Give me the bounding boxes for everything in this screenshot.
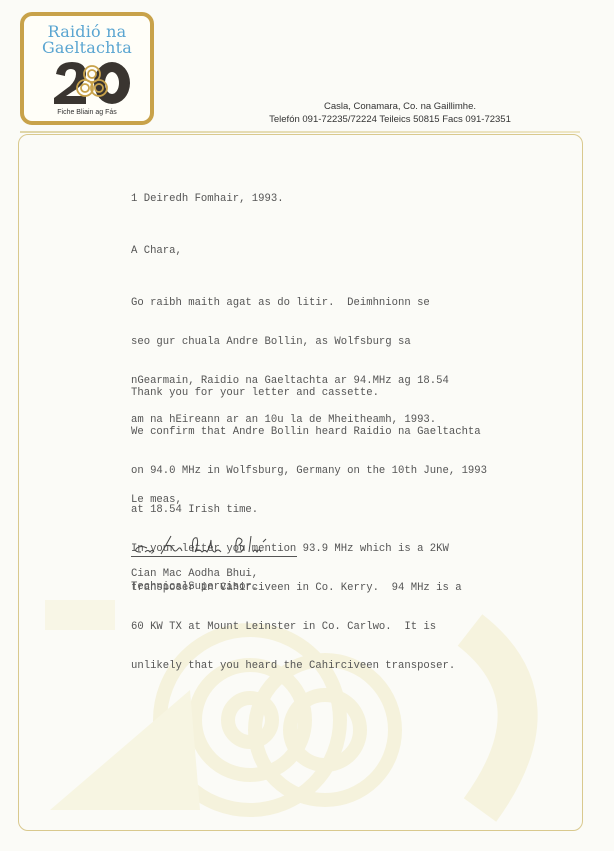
logo-tagline: Fiche Bliain ag Fás (24, 109, 150, 116)
irish-line: Go raibh maith agat as do litir. Deimhni… (131, 297, 449, 310)
station-logo: Raidió na Gaeltachta Fiche Bliain ag Fás (20, 12, 154, 125)
english-line: unlikely that you heard the Cahirciveen … (131, 660, 487, 673)
handwritten-signature (131, 530, 291, 558)
salutation: A Chara, (131, 245, 182, 258)
english-line: at 18.54 Irish time. (131, 504, 487, 517)
closing: Le meas, (131, 494, 182, 507)
anniversary-20-icon (52, 60, 132, 106)
signature-line (131, 556, 297, 557)
signatory-title: TechnicalSupervisor. (131, 581, 258, 594)
english-line: 60 KW TX at Mount Leinster in Co. Carlwo… (131, 621, 487, 634)
letter-date: 1 Deiredh Fomhair, 1993. (131, 193, 284, 206)
english-line: We confirm that Andre Bollin heard Raidi… (131, 426, 487, 439)
letterhead-address: Casla, Conamara, Co. na Gaillimhe. Telef… (220, 100, 560, 126)
address-line-2: Telefón 091-72235/72224 Teileics 50815 F… (269, 114, 511, 125)
signatory-name: Cian Mac Aodha Bhui, (131, 568, 258, 581)
english-line: Thank you for your letter and cassette. (131, 387, 487, 400)
logo-title-line2: Gaeltachta (24, 40, 150, 56)
irish-line: seo gur chuala Andre Bollin, as Wolfsbur… (131, 336, 449, 349)
letter-page: Raidió na Gaeltachta Fiche Bliain ag Fás… (0, 0, 614, 851)
address-line-1: Casla, Conamara, Co. na Gaillimhe. (220, 100, 560, 113)
english-line: on 94.0 MHz in Wolfsburg, Germany on the… (131, 465, 487, 478)
frame-top-rule (20, 131, 580, 133)
